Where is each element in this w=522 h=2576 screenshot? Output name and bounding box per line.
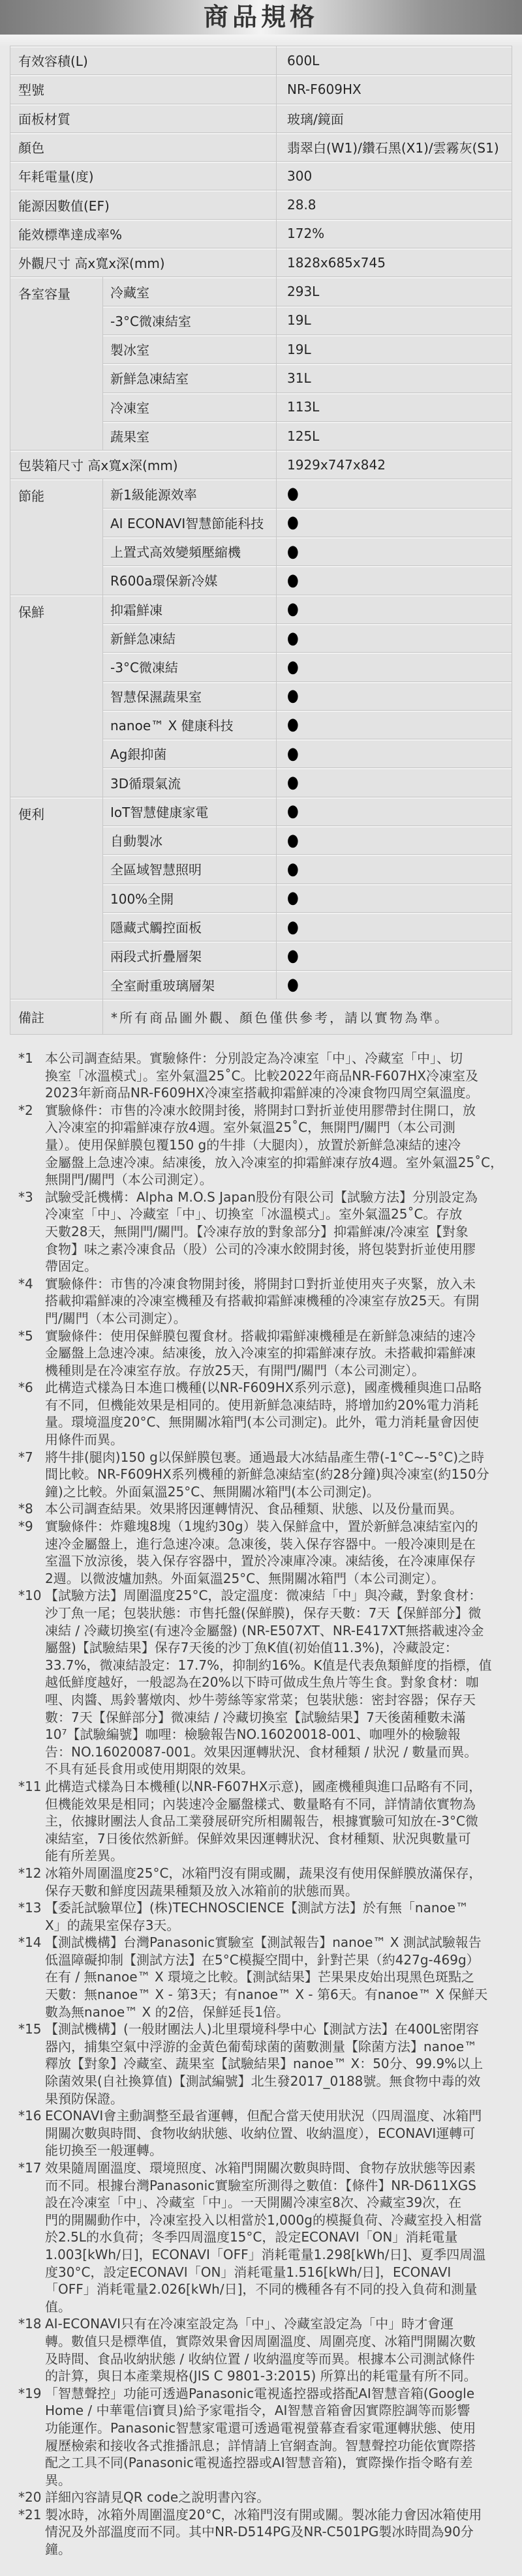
spec-value: 125L xyxy=(277,421,512,450)
spec-label: 能效標準達成率% xyxy=(10,219,277,248)
spec-value: ● xyxy=(277,537,512,566)
footnote-line: 設在冷凍室「中」、冷藏室「中」。一天開關冷凍室8次、冷藏室39次，在 xyxy=(45,2194,522,2212)
spec-row: 外觀尺寸 高x寬x深(mm) 1828x685x745 xyxy=(10,248,512,277)
spec-value: 19L xyxy=(277,334,512,363)
footnote-line: 將牛排(腿肉)150 g以保鮮膜包裹。通過最大冰結晶產生帶(-1°C~-5°C)… xyxy=(45,1449,522,1466)
remarks-text: *所有商品圖外觀、顏色僅供參考，請以實物為準。 xyxy=(103,999,512,1034)
footnote-text: 「智慧聲控」功能可透過Panasonic電視遙控器或搭配AI智慧音箱(Googl… xyxy=(45,2385,522,2489)
footnote-text: 此構造式樣為日本進口機種(以NR-F609HX系列示意)，國產機種與進口品略 有… xyxy=(45,1379,522,1448)
footnote: *5 實驗條件：使用保鮮膜包覆食材。搭載抑霜鮮凍機種是在新鮮急凍結的速冷 金屬盤… xyxy=(0,1327,522,1380)
footnote-line: 搭載抑霜鮮凍的冷凍室機種及有搭載抑霜鮮凍機種的冷凍室存放25天。有開 xyxy=(45,1292,522,1310)
footnote-line: 【測試機構】(一般財團法人)北里環境科學中心【測試方法】在400L密閉容 xyxy=(45,2021,522,2038)
footnote-line: 【試驗方法】周圍溫度25°C，設定溫度：微凍結「中」與冷藏，對象食材： xyxy=(45,1587,522,1605)
bullet-icon: ● xyxy=(287,889,299,906)
spec-value: ● xyxy=(277,797,512,825)
spec-value: 600L xyxy=(277,46,512,75)
footnote-line: 天數：無nanoe™ X - 第3天；有nanoe™ X - 第6天。有nano… xyxy=(45,1986,522,2004)
footnote-line: 食物】味之素冷凍食品（股）公司的冷凍水餃開封後，將包裝對折並使用膠 xyxy=(45,1241,522,1258)
footnote-line: 度30°C，設定ECONAVI「ON」消耗電量1.516[kWh/日]，ECON… xyxy=(45,2264,522,2281)
footnote: *10 【試驗方法】周圍溫度25°C，設定溫度：微凍結「中」與冷藏，對象食材： … xyxy=(0,1587,522,1778)
footnote-line: X」的蔬果室保存3天。 xyxy=(45,1917,522,1934)
spec-row: 能源因數值(EF) 28.8 xyxy=(10,190,512,219)
footnote: *17 效果隨周圍溫度、環境照度、冰箱門開關次數與時間、食物存放狀態等因素 而不… xyxy=(0,2159,522,2315)
footnote-line: 本公司調查結果。效果將因運轉情況、食品種類、狀態、以及份量而異。 xyxy=(45,1500,522,1518)
sub-label: AI ECONAVI智慧節能科技 xyxy=(103,508,277,537)
footnote-line: 門的開關動作中，冷凍室投入以相當於1,000g的模擬負荷、冷藏室投入相當 xyxy=(45,2212,522,2229)
footnote: *3 試驗受託機構：Alpha M.O.S Japan股份有限公司【試驗方法】分… xyxy=(0,1189,522,1275)
footnote-line: 保存天數和鮮度因蔬果種類及放入冰箱前的狀態而異。 xyxy=(45,1882,522,1900)
footnote: *20 詳細內容請見QR code之說明書內容。 xyxy=(0,2489,522,2506)
footnote-line: 低溫障礙抑制【測試方法】在5°C模擬空間中，針對芒果（約427g-469g） xyxy=(45,1951,522,1969)
footnote-line: 配之工具不同(Panasonic電視遙控器或AI智慧音箱)，實際操作指令略有差 xyxy=(45,2454,522,2472)
spec-row: 年耗電量(度) 300 xyxy=(10,162,512,190)
footnote-line: 2023年新商品NR-F609HX冷凍室搭載抑霜鮮凍的冷凍食物四周空氣溫度。 xyxy=(45,1084,522,1102)
footnote: *8 本公司調查結果。效果將因運轉情況、食品種類、狀態、以及份量而異。 xyxy=(0,1500,522,1518)
spec-label: 年耗電量(度) xyxy=(10,162,277,190)
footnote-line: 轉。數值只是標準值，實際效果會因周圍溫度、周圍亮度、冰箱門開關次數 xyxy=(45,2333,522,2350)
footnote-line: 天數28天，無開門/關門。【冷凍存放的對象部分】抑霜鮮凍/冷凍室【對象 xyxy=(45,1223,522,1241)
spec-label: 外觀尺寸 高x寬x深(mm) xyxy=(10,248,277,277)
footnote-text: 【測試機構】台灣Panasonic實驗室【測試報告】nanoe™ X 測試試驗報… xyxy=(45,1934,522,2021)
footnote: *6 此構造式樣為日本進口機種(以NR-F609HX系列示意)，國產機種與進口品… xyxy=(0,1379,522,1448)
spec-value: 300 xyxy=(277,162,512,190)
footnote-line: 10⁷【試驗編號】咖哩：檢驗報告NO.16020018-001、咖哩外的檢驗報 xyxy=(45,1726,522,1743)
footnote-line: 實驗條件：市售的冷凍食物開封後，將開封口對折並使用夾子夾緊，放入未 xyxy=(45,1275,522,1293)
footnote: *15 【測試機構】(一般財團法人)北里環境科學中心【測試方法】在400L密閉容… xyxy=(0,2021,522,2107)
footnote-marker: *8 xyxy=(0,1500,45,1518)
footnote-line: 沙丁魚一尾；包裝狀態：市售托盤(保鮮膜)，保存天數：7天【保鮮部分】微 xyxy=(45,1605,522,1622)
spec-value: 293L xyxy=(277,277,512,306)
bullet-icon: ● xyxy=(287,716,299,733)
sub-label: nanoe™ X 健康科技 xyxy=(103,710,277,739)
footnote-text: 詳細內容請見QR code之說明書內容。 xyxy=(45,2489,522,2506)
bullet-icon: ● xyxy=(287,485,299,502)
spec-row: 節能 新1級能源效率 ● xyxy=(10,479,512,508)
spec-row: 型號 NR-F609HX xyxy=(10,75,512,104)
sub-label: 智慧保濕蔬果室 xyxy=(103,681,277,710)
footnote-marker: *2 xyxy=(0,1102,45,1189)
footnote-marker: *20 xyxy=(0,2489,45,2506)
spec-value: ● xyxy=(277,595,512,623)
footnote-line: 開關次數與時間、食物收納狀態、收納位置、收納溫度），ECONAVI運轉可 xyxy=(45,2125,522,2142)
sub-label: 新鮮急凍結室 xyxy=(103,364,277,392)
footnote-line: 的計算，與日本產業規格(JIS C 9801-3:2015) 所算出的耗電量有所… xyxy=(45,2367,522,2385)
footnote-line: 釋放【對象】冷藏室、蔬果室【試驗結果】nanoe™ X：50分、99.9%以上 xyxy=(45,2055,522,2073)
footnote-line: 情況及外部溫度而不同。其中NR-D514PG及NR-C501PG製冰時間為90分 xyxy=(45,2523,522,2541)
footnote-line: 速冷金屬盤上，進行急速冷凍。急凍後，裝入保存容器中。一般冷凍則是在 xyxy=(45,1535,522,1553)
footnote-line: 果預防保證。 xyxy=(45,2090,522,2108)
bullet-icon: ● xyxy=(287,919,299,936)
sub-label: 冷藏室 xyxy=(103,277,277,306)
footnote-line: 金屬盤上急速冷凍。結凍後，放入冷凍室的抑霜鮮凍存放4週。室外氣溫25˚C， xyxy=(45,1154,522,1172)
spec-row: 便利 IoT智慧健康家電 ● xyxy=(10,797,512,825)
footnote-line: Home / 中華電信i寶貝)給予家電指令，AI智慧音箱會因實際腔調等而影響 xyxy=(45,2402,522,2420)
footnote-line: 2週。以微波爐加熱。外面氣溫25°C、無開關冰箱門（本公司測定）。 xyxy=(45,1570,522,1588)
spec-row: 顏色 翡翠白(W1)/鑽石黑(X1)/雲霧灰(S1) xyxy=(10,132,512,161)
sub-label: 新1級能源效率 xyxy=(103,479,277,508)
bullet-icon: ● xyxy=(287,803,299,820)
bullet-icon: ● xyxy=(287,514,299,531)
spec-value: ● xyxy=(277,739,512,768)
footnote-line: 試驗受託機構：Alpha M.O.S Japan股份有限公司【試驗方法】分別設定… xyxy=(45,1189,522,1206)
sub-label: 蔬果室 xyxy=(103,421,277,450)
footnote-line: 量。環境溫度20°C、無開關冰箱門(本公司測定)。此外，電力消耗量會因使 xyxy=(45,1414,522,1431)
footnote-line: 33.7%，微凍結設定：17.7%，抑制約16%。K值是代表魚類鮮度的指標，值 xyxy=(45,1657,522,1674)
bullet-icon: ● xyxy=(287,659,299,675)
footnote-marker: *10 xyxy=(0,1587,45,1778)
footnote-text: ECONAVI會主動調整至最省運轉，但配合當天使用狀況（四周溫度、冰箱門 開關次… xyxy=(45,2107,522,2159)
spec-row: 面板材質 玻璃/鏡面 xyxy=(10,104,512,132)
footnote-line: 冷凍室「中」、冷藏室「中」、切換室「冰溫模式」。室外氣溫25˚C。存放 xyxy=(45,1206,522,1223)
footnote-line: 「智慧聲控」功能可透過Panasonic電視遙控器或搭配AI智慧音箱(Googl… xyxy=(45,2385,522,2403)
bullet-icon: ● xyxy=(287,774,299,791)
footnote: *16 ECONAVI會主動調整至最省運轉，但配合當天使用狀況（四周溫度、冰箱門… xyxy=(0,2107,522,2159)
bullet-icon: ● xyxy=(287,947,299,964)
spec-row: 包裝箱尺寸 高x寬x深(mm) 1929x747x842 xyxy=(10,451,512,479)
spec-value: ● xyxy=(277,855,512,883)
sub-label: IoT智慧健康家電 xyxy=(103,797,277,825)
footnote-line: 冰箱外周圍溫度25°C，冰箱門沒有開或關，蔬果沒有使用保鮮膜放滿保存， xyxy=(45,1865,522,1882)
footnote-text: 試驗受託機構：Alpha M.O.S Japan股份有限公司【試驗方法】分別設定… xyxy=(45,1189,522,1275)
footnote-line: 【委託試驗單位】(株)TECHNOSCIENCE【測試方法】於有無「nanoe™ xyxy=(45,1899,522,1917)
footnote-line: 能有所差異。 xyxy=(45,1847,522,1865)
footnote: *4 實驗條件：市售的冷凍食物開封後，將開封口對折並使用夾子夾緊，放入未 搭載抑… xyxy=(0,1275,522,1327)
footnote-marker: *1 xyxy=(0,1050,45,1102)
footnote: *14 【測試機構】台灣Panasonic實驗室【測試報告】nanoe™ X 測… xyxy=(0,1934,522,2021)
footnote: *7 將牛排(腿肉)150 g以保鮮膜包裹。通過最大冰結晶產生帶(-1°C~-5… xyxy=(0,1449,522,1501)
sub-label: 冷凍室 xyxy=(103,392,277,421)
spec-value: ● xyxy=(277,826,512,855)
footnote-line: 本公司調查結果。實驗條件：分別設定為冷凍室「中」、冷藏室「中」、切 xyxy=(45,1050,522,1067)
footnote-line: 詳細內容請見QR code之說明書內容。 xyxy=(45,2489,522,2506)
footnote-line: 有不同，但機能效果是相同的。使用新鮮急凍結時，將增加約20%電力消耗 xyxy=(45,1397,522,1414)
footnote-marker: *14 xyxy=(0,1934,45,2021)
footnote-marker: *5 xyxy=(0,1327,45,1380)
footnote-line: 能切換至一般運轉。 xyxy=(45,2142,522,2159)
spec-label: 面板材質 xyxy=(10,104,277,132)
group-label-freshness: 保鮮 xyxy=(10,595,103,797)
footnote-line: 而不同。根據台灣Panasonic實驗室所測得之數值：【條件】NR-D611XG… xyxy=(45,2177,522,2195)
spec-row: 各室容量 冷藏室 293L xyxy=(10,277,512,306)
footnote-line: 器內，捕集空氣中浮游的金黃色葡萄球菌的菌數測量【除菌方法】nanoe™ xyxy=(45,2038,522,2056)
spec-value: 1929x747x842 xyxy=(277,451,512,479)
spec-value: ● xyxy=(277,653,512,681)
footnote-line: 鐘)之比較。外面氣溫25°C、無開關冰箱門(本公司測定)。 xyxy=(45,1483,522,1501)
sub-label: 新鮮急凍結 xyxy=(103,623,277,652)
footnote-line: 實驗條件：炸雞塊8塊（1塊約30g）裝入保鮮盒中，置於新鮮急凍結室內的 xyxy=(45,1518,522,1535)
spec-value: 28.8 xyxy=(277,190,512,219)
spec-row: 能效標準達成率% 172% xyxy=(10,219,512,248)
spec-table: 有效容積(L) 600L 型號 NR-F609HX 面板材質 玻璃/鏡面 顏色 … xyxy=(10,46,512,1035)
footnote-text: 效果隨周圍溫度、環境照度、冰箱門開關次數與時間、食物存放狀態等因素 而不同。根據… xyxy=(45,2159,522,2315)
bullet-icon: ● xyxy=(287,832,299,849)
bullet-icon: ● xyxy=(287,861,299,878)
footnote-text: 實驗條件：炸雞塊8塊（1塊約30g）裝入保鮮盒中，置於新鮮急凍結室內的 速冷金屬… xyxy=(45,1518,522,1587)
page-title: 商品規格 xyxy=(0,0,522,35)
footnote-text: 實驗條件：使用保鮮膜包覆食材。搭載抑霜鮮凍機種是在新鮮急凍結的速冷 金屬盤上急速… xyxy=(45,1327,522,1380)
spec-value: ● xyxy=(277,566,512,595)
spec-value: ● xyxy=(277,710,512,739)
footnote-line: 值。 xyxy=(45,2298,522,2316)
sub-label: 100%全開 xyxy=(103,883,277,912)
footnote: *13 【委託試驗單位】(株)TECHNOSCIENCE【測試方法】於有無「na… xyxy=(0,1899,522,1934)
footnote-line: 凍結室，7日後依然新鮮。保鮮效果因運轉狀況、食材種類、狀況與數量可 xyxy=(45,1830,522,1848)
footnote-line: 「OFF」消耗電量2.026[kWh/日]，不同的機種各有不同的投入負荷和測量 xyxy=(45,2281,522,2298)
sub-label: Ag銀抑菌 xyxy=(103,739,277,768)
spec-label: 能源因數值(EF) xyxy=(10,190,277,219)
spec-value: ● xyxy=(277,681,512,710)
spec-value: 19L xyxy=(277,306,512,334)
footnote-line: ECONAVI會主動調整至最省運轉，但配合當天使用狀況（四周溫度、冰箱門 xyxy=(45,2107,522,2125)
footnote-marker: *9 xyxy=(0,1518,45,1587)
footnote-marker: *18 xyxy=(0,2315,45,2384)
footnote-line: 除菌效果(自社換算值)【測試編號】北生發2017_0188號。無食物中毒的效 xyxy=(45,2073,522,2090)
spec-value: 31L xyxy=(277,364,512,392)
footnote: *19 「智慧聲控」功能可透過Panasonic電視遙控器或搭配AI智慧音箱(G… xyxy=(0,2385,522,2489)
footnote-line: 此構造式樣為日本機種(以NR-F607HX示意)，國產機種與進口品略有不同， xyxy=(45,1778,522,1796)
footnote: *21 製冰時，冰箱外周圍溫度20°C，冰箱門沒有開或關。製冰能力會因冰箱使用 … xyxy=(0,2506,522,2558)
footnote-line: 凍結 / 冷藏切換室(有速冷金屬盤) (NR-E507XT、NR-E417XT無… xyxy=(45,1622,522,1640)
sub-label: R600a環保新冷媒 xyxy=(103,566,277,595)
footnote-text: 本公司調查結果。實驗條件：分別設定為冷凍室「中」、冷藏室「中」、切 換室「冰溫模… xyxy=(45,1050,522,1102)
footnote-line: 履歷檢索和接收各式推播訊息；詳情請上官網查詢。智慧聲控功能依實際搭 xyxy=(45,2437,522,2455)
footnote-line: 實驗條件：市售的冷凍水餃開封後，將開封口對折並使用膠帶封住開口，放 xyxy=(45,1102,522,1119)
footnote-text: 將牛排(腿肉)150 g以保鮮膜包裹。通過最大冰結晶產生帶(-1°C~-5°C)… xyxy=(45,1449,522,1501)
spec-row: 保鮮 抑霜鮮凍 ● xyxy=(10,595,512,623)
spec-row: 有效容積(L) 600L xyxy=(10,46,512,75)
bullet-icon: ● xyxy=(287,745,299,762)
page-header: 商品規格 xyxy=(0,0,522,35)
footnote-line: 用條件而異。 xyxy=(45,1431,522,1449)
sub-label: 製冰室 xyxy=(103,334,277,363)
spec-label: 有效容積(L) xyxy=(10,46,277,75)
footnote-line: 數：7天【保鮮部分】微凍結 / 冷藏切換室【試驗結果】7天後菌種數未滿 xyxy=(45,1709,522,1726)
sub-label: 全區域智慧照明 xyxy=(103,855,277,883)
spec-value: 翡翠白(W1)/鑽石黑(X1)/雲霧灰(S1) xyxy=(277,132,512,161)
spec-value: 113L xyxy=(277,392,512,421)
group-label-energy: 節能 xyxy=(10,479,103,595)
footnote-marker: *4 xyxy=(0,1275,45,1327)
spec-value: ● xyxy=(277,883,512,912)
footnote-marker: *17 xyxy=(0,2159,45,2315)
footnote-line: 【測試機構】台灣Panasonic實驗室【測試報告】nanoe™ X 測試試驗報… xyxy=(45,1934,522,1951)
footnote-line: 機種則是在冷凍室存放。存放25天，有開門/關門（本公司測定）。 xyxy=(45,1362,522,1380)
footnote-marker: *12 xyxy=(0,1865,45,1899)
footnote-line: 哩、肉醬、馬鈴薯燉肉、炒牛蒡絲等家常菜；包裝狀態：密封容器；保存天 xyxy=(45,1691,522,1709)
footnote-line: 室溫下放涼後，裝入保存容器中，置於冷凍庫冷凍。凍結後，在冷凍庫保存 xyxy=(45,1552,522,1570)
footnote-line: 功能運作。Panasonic智慧家電還可透過電視螢幕查看家電運轉狀態、使用 xyxy=(45,2420,522,2437)
footnote: *11 此構造式樣為日本機種(以NR-F607HX示意)，國產機種與進口品略有不… xyxy=(0,1778,522,1865)
spec-value: ● xyxy=(277,912,512,941)
footnote: *2 實驗條件：市售的冷凍水餃開封後，將開封口對折並使用膠帶封住開口，放 入冷凍… xyxy=(0,1102,522,1189)
footnote-line: AI-ECONAVI只有在冷凍室設定為「中」、冷藏室設定為「中」時才會運 xyxy=(45,2315,522,2333)
group-label-compartments: 各室容量 xyxy=(10,277,103,451)
footnote-line: 此構造式樣為日本進口機種(以NR-F609HX系列示意)，國產機種與進口品略 xyxy=(45,1379,522,1397)
spec-value: 1828x685x745 xyxy=(277,248,512,277)
footnote: *12 冰箱外周圍溫度25°C，冰箱門沒有開或關，蔬果沒有使用保鮮膜放滿保存， … xyxy=(0,1865,522,1899)
spec-value: 172% xyxy=(277,219,512,248)
bullet-icon: ● xyxy=(287,630,299,647)
spec-label: 型號 xyxy=(10,75,277,104)
footnote-line: 製冰時，冰箱外周圍溫度20°C，冰箱門沒有開或關。製冰能力會因冰箱使用 xyxy=(45,2506,522,2524)
footnote-line: 無開門/關門（本公司測定）。 xyxy=(45,1171,522,1189)
footnote-marker: *7 xyxy=(0,1449,45,1501)
spec-label: 顏色 xyxy=(10,132,277,161)
footnote-line: 量）。使用保鮮膜包覆150 g的牛排（大腿肉），放置於新鮮急凍結的速冷 xyxy=(45,1136,522,1154)
footnote-line: 入冷凍室的抑霜鮮凍存放4週。室外氣溫25˚C，無開門/關門（本公司測 xyxy=(45,1119,522,1136)
footnote-line: 越低鮮度越好，一般認為在20%以下時可做成生魚片等生食。對象食材：咖 xyxy=(45,1674,522,1691)
footnote-line: 鐘。 xyxy=(45,2541,522,2558)
footnote-line: 告：NO.16020087-001。效果因運轉狀況、食材種類 / 狀況 / 數量… xyxy=(45,1743,522,1761)
footnote-line: 間比較。NR-F609HX系列機種的新鮮急凍結室(約28分鐘)與冷凍室(約150… xyxy=(45,1466,522,1483)
spec-value: NR-F609HX xyxy=(277,75,512,104)
footnote-line: 屬盤)【試驗結果】保存7天後的沙丁魚K值(初始值11.3%)，冷藏設定： xyxy=(45,1639,522,1657)
footnote-text: 實驗條件：市售的冷凍食物開封後，將開封口對折並使用夾子夾緊，放入未 搭載抑霜鮮凍… xyxy=(45,1275,522,1327)
footnote-marker: *3 xyxy=(0,1189,45,1275)
footnote-text: AI-ECONAVI只有在冷凍室設定為「中」、冷藏室設定為「中」時才會運 轉。數… xyxy=(45,2315,522,2384)
footnote-line: 金屬盤上急速冷凍。結凍後，放入冷凍室的抑霜鮮凍存放。未搭載抑霜鮮凍 xyxy=(45,1344,522,1362)
footnote-line: 在有 / 無nanoe™ X 環境之比較。【測試結果】芒果果皮始出現黑色斑點之 xyxy=(45,1968,522,1986)
remarks-label: 備註 xyxy=(10,999,103,1034)
sub-label: 抑霜鮮凍 xyxy=(103,595,277,623)
footnote-text: 製冰時，冰箱外周圍溫度20°C，冰箱門沒有開或關。製冰能力會因冰箱使用 情況及外… xyxy=(45,2506,522,2558)
footnote: *1 本公司調查結果。實驗條件：分別設定為冷凍室「中」、冷藏室「中」、切 換室「… xyxy=(0,1050,522,1102)
spec-value: ● xyxy=(277,479,512,508)
bullet-icon: ● xyxy=(287,976,299,993)
sub-label: 上置式高效變頻壓縮機 xyxy=(103,537,277,566)
spec-label: 包裝箱尺寸 高x寬x深(mm) xyxy=(10,451,277,479)
spec-value: ● xyxy=(277,623,512,652)
footnote-text: 【委託試驗單位】(株)TECHNOSCIENCE【測試方法】於有無「nanoe™… xyxy=(45,1899,522,1934)
header-shadow-band xyxy=(0,35,522,46)
footnote-marker: *13 xyxy=(0,1899,45,1934)
footnote-marker: *6 xyxy=(0,1379,45,1448)
spec-value: 玻璃/鏡面 xyxy=(277,104,512,132)
footnote-line: 效果隨周圍溫度、環境照度、冰箱門開關次數與時間、食物存放狀態等因素 xyxy=(45,2159,522,2177)
spec-value: ● xyxy=(277,970,512,999)
footnote-marker: *21 xyxy=(0,2506,45,2558)
footnote-text: 本公司調查結果。效果將因運轉情況、食品種類、狀態、以及份量而異。 xyxy=(45,1500,522,1518)
footnote-line: 不具有延長食用或使用期限的效果。 xyxy=(45,1760,522,1778)
footnote-text: 【測試機構】(一般財團法人)北里環境科學中心【測試方法】在400L密閉容 器內，… xyxy=(45,2021,522,2107)
sub-label: -3°C微凍結 xyxy=(103,653,277,681)
footnote-line: 於2.5L的水負荷；冬季四周溫度15°C，設定ECONAVI「ON」消耗電量 xyxy=(45,2228,522,2246)
spec-value: ● xyxy=(277,768,512,797)
sub-label: 3D循環氣流 xyxy=(103,768,277,797)
spec-value: ● xyxy=(277,508,512,537)
footnote: *9 實驗條件：炸雞塊8塊（1塊約30g）裝入保鮮盒中，置於新鮮急凍結室內的 速… xyxy=(0,1518,522,1587)
footnote-line: 帶固定。 xyxy=(45,1258,522,1275)
footnote-text: 此構造式樣為日本機種(以NR-F607HX示意)，國產機種與進口品略有不同， 但… xyxy=(45,1778,522,1865)
sub-label: 兩段式折疊層架 xyxy=(103,941,277,970)
footnote: *18 AI-ECONAVI只有在冷凍室設定為「中」、冷藏室設定為「中」時才會運… xyxy=(0,2315,522,2384)
footnote-marker: *19 xyxy=(0,2385,45,2489)
footnote-text: 冰箱外周圍溫度25°C，冰箱門沒有開或關，蔬果沒有使用保鮮膜放滿保存， 保存天數… xyxy=(45,1865,522,1899)
bullet-icon: ● xyxy=(287,543,299,560)
footnote-text: 實驗條件：市售的冷凍水餃開封後，將開封口對折並使用膠帶封住開口，放 入冷凍室的抑… xyxy=(45,1102,522,1189)
group-label-convenience: 便利 xyxy=(10,797,103,999)
spec-row-remarks: 備註 *所有商品圖外觀、顏色僅供參考，請以實物為準。 xyxy=(10,999,512,1034)
footnote-marker: *11 xyxy=(0,1778,45,1865)
footnote-line: 但機能效果是相同；內裝速冷金屬盤樣式、數量略有不同，詳情請依實物為 xyxy=(45,1796,522,1813)
footnote-line: 實驗條件：使用保鮮膜包覆食材。搭載抑霜鮮凍機種是在新鮮急凍結的速冷 xyxy=(45,1327,522,1345)
bullet-icon: ● xyxy=(287,572,299,589)
sub-label: 隱藏式觸控面板 xyxy=(103,912,277,941)
footnote-text: 【試驗方法】周圍溫度25°C，設定溫度：微凍結「中」與冷藏，對象食材： 沙丁魚一… xyxy=(45,1587,522,1778)
bullet-icon: ● xyxy=(287,600,299,617)
sub-label: 全室耐重玻璃層架 xyxy=(103,970,277,999)
footnote-marker: *15 xyxy=(0,2021,45,2107)
spec-value: ● xyxy=(277,941,512,970)
footnote-line: 及時間、食品收納狀態 / 收納位置 / 收納溫度等而異。根據本公司測試條件 xyxy=(45,2350,522,2368)
footnote-line: 換室「冰溫模式」。室外氣溫25˚C。比較2022年商品NR-F607HX冷凍室及 xyxy=(45,1067,522,1085)
bullet-icon: ● xyxy=(287,687,299,704)
footnote-line: 1.003[kWh/日]，ECONAVI「OFF」消耗電量1.298[kWh/日… xyxy=(45,2246,522,2264)
footnote-marker: *16 xyxy=(0,2107,45,2159)
sub-label: -3°C微凍結室 xyxy=(103,306,277,334)
footnote-line: 主，依據財團法人食品工業發展研究所相關報告，根據實驗可知放在-3°C微 xyxy=(45,1813,522,1830)
footnote-line: 異。 xyxy=(45,2472,522,2489)
footnote-line: 數為無nanoe™ X 的2倍，保鮮延長1倍。 xyxy=(45,2004,522,2021)
footnotes: *1 本公司調查結果。實驗條件：分別設定為冷凍室「中」、冷藏室「中」、切 換室「… xyxy=(0,1050,522,2558)
sub-label: 自動製冰 xyxy=(103,826,277,855)
footnote-line: 門/關門（本公司測定）。 xyxy=(45,1310,522,1327)
